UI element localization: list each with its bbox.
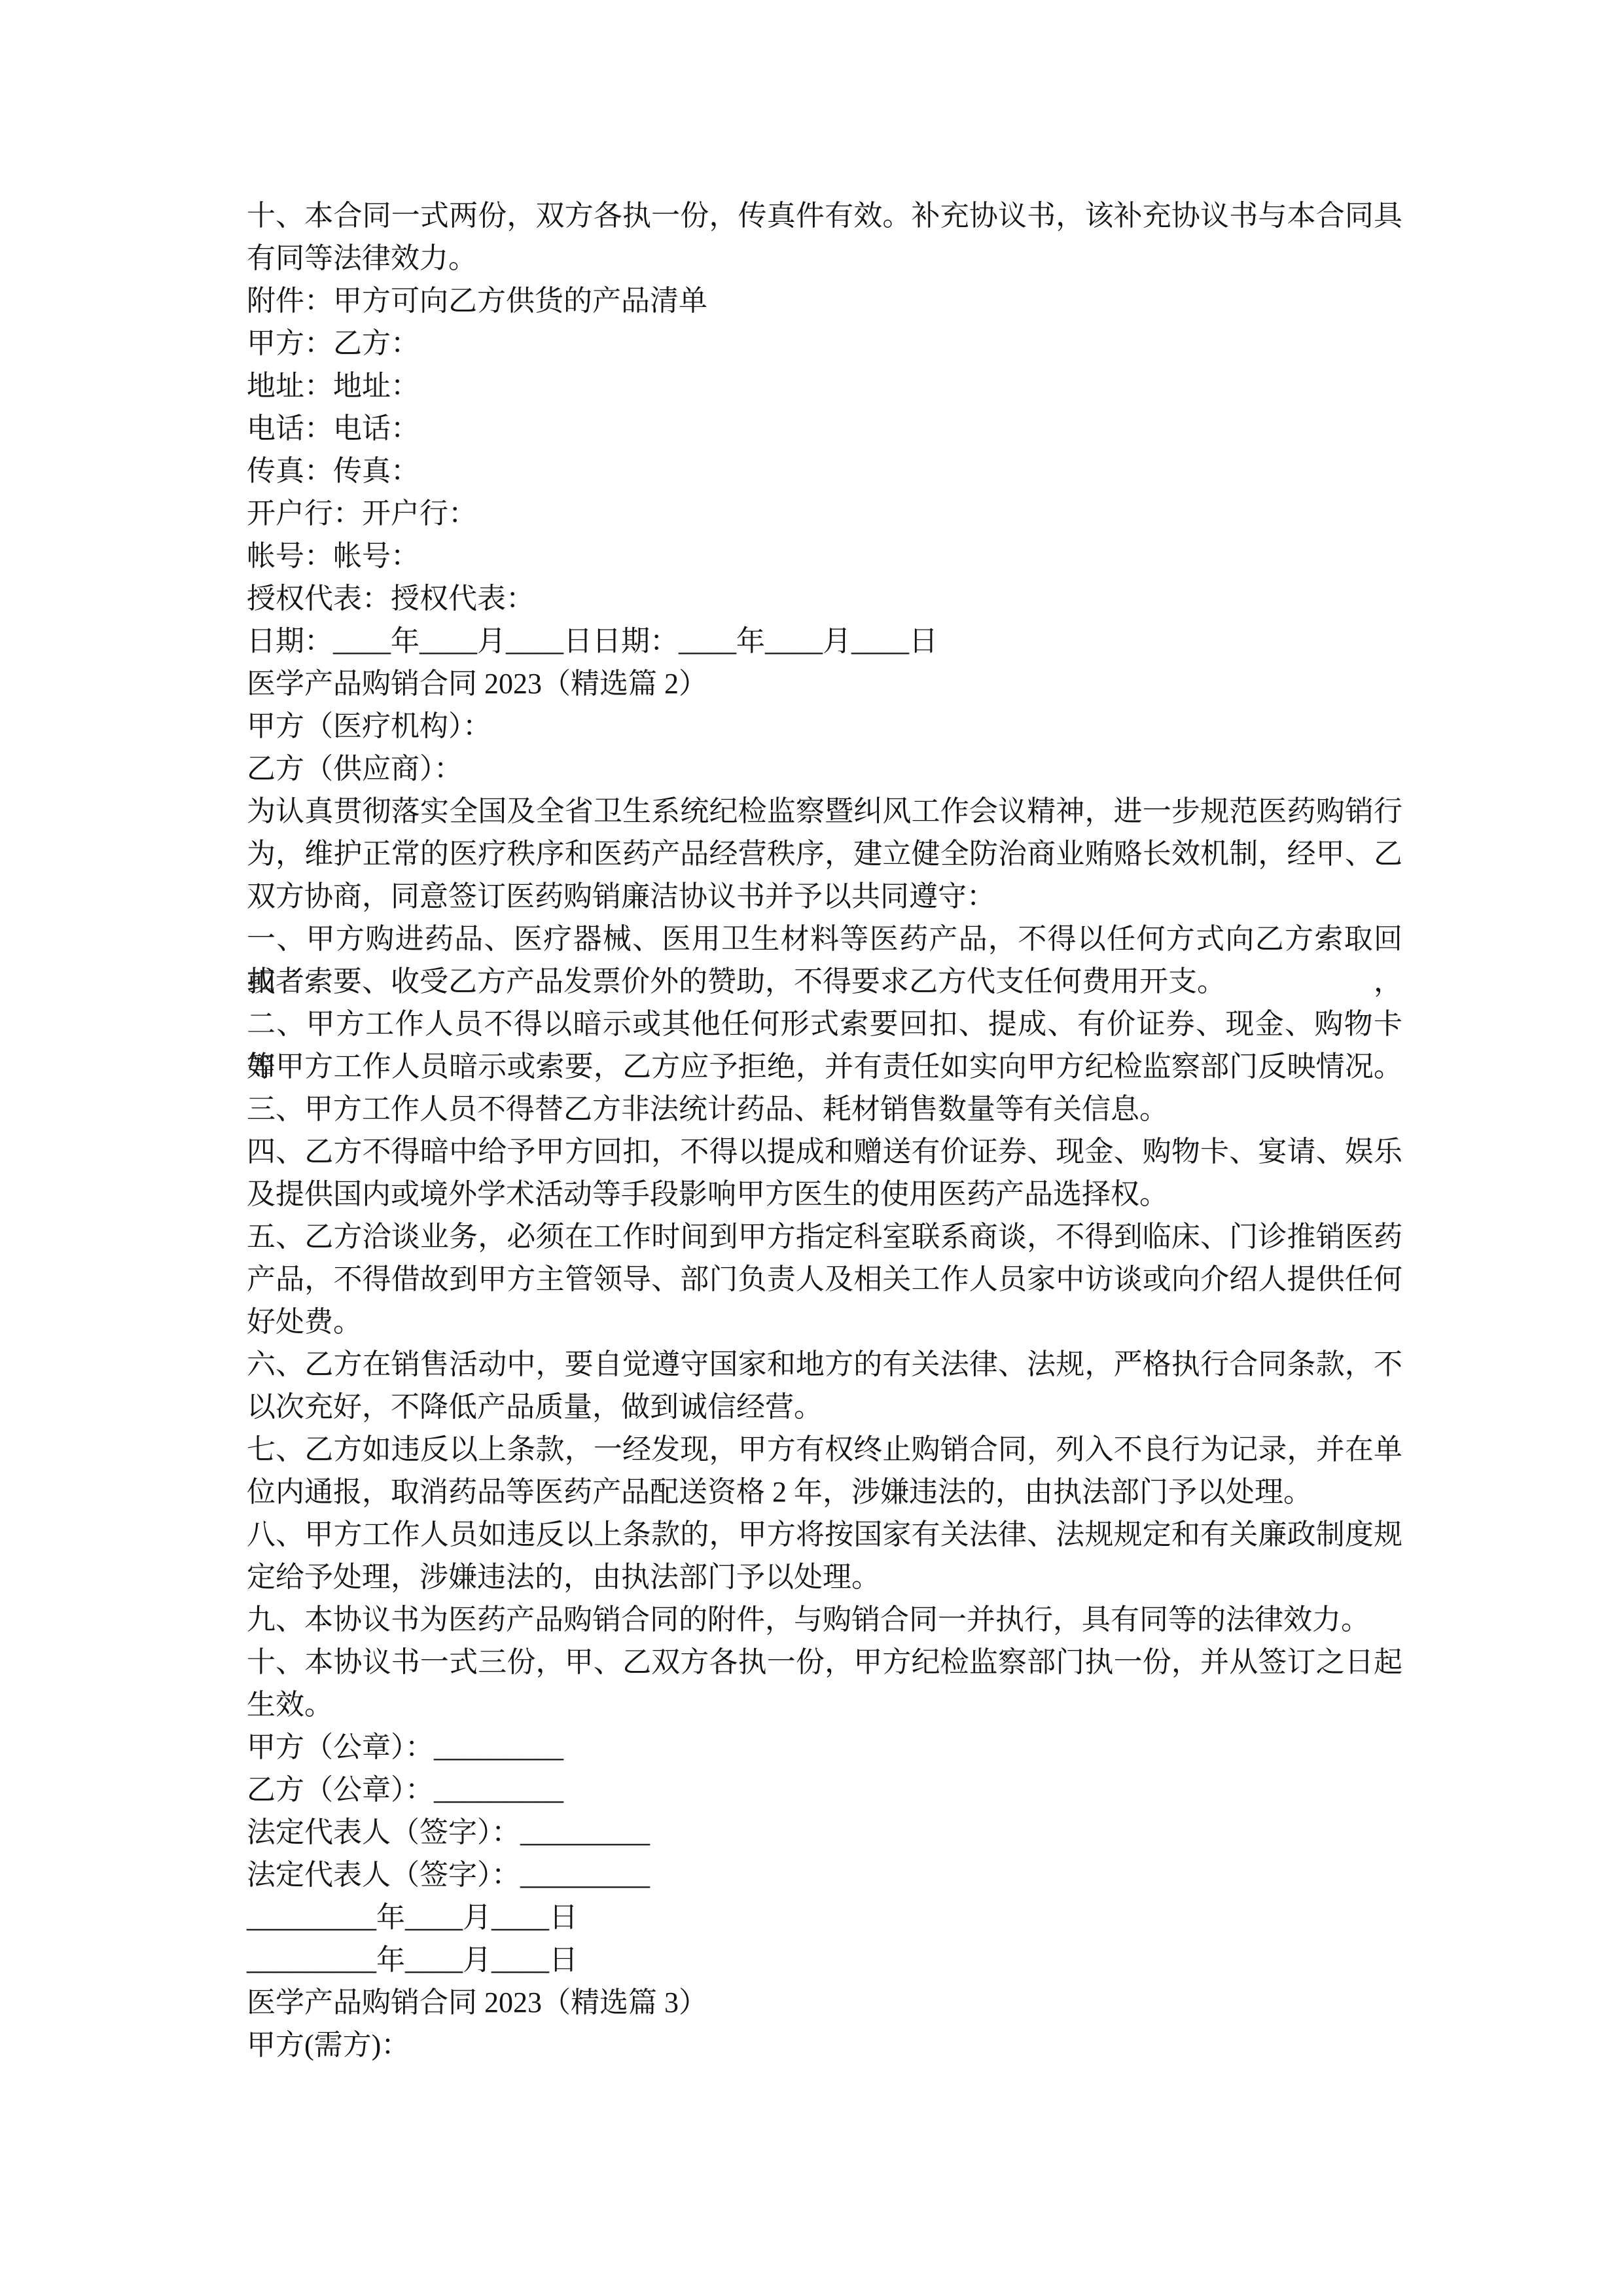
text-line: 二、甲方工作人员不得以暗示或其他任何形式索要回扣、提成、有价证券、现金、购物卡等… bbox=[247, 1003, 1402, 1045]
text-line: 日期：____年____月____日日期：____年____月____日 bbox=[247, 620, 1402, 662]
text-line: 甲方（医疗机构）： bbox=[247, 705, 1402, 747]
text-line: 如甲方工作人员暗示或索要，乙方应予拒绝，并有责任如实向甲方纪检监察部门反映情况。 bbox=[247, 1045, 1402, 1088]
text-line: 位内通报，取消药品等医药产品配送资格 2 年，涉嫌违法的，由执法部门予以处理。 bbox=[247, 1471, 1402, 1513]
text-line: 及提供国内或境外学术活动等手段影响甲方医生的使用医药产品选择权。 bbox=[247, 1173, 1402, 1215]
text-line: 四、乙方不得暗中给予甲方回扣，不得以提成和赠送有价证券、现金、购物卡、宴请、娱乐 bbox=[247, 1130, 1402, 1173]
document-page: 十、本合同一式两份，双方各执一份，传真件有效。补充协议书，该补充协议书与本合同具… bbox=[0, 0, 1623, 2296]
text-line: 以次充好，不降低产品质量，做到诚信经营。 bbox=[247, 1386, 1402, 1428]
text-line: 八、甲方工作人员如违反以上条款的，甲方将按国家有关法律、法规规定和有关廉政制度规 bbox=[247, 1513, 1402, 1556]
text-line: 定给予处理，涉嫌违法的，由执法部门予以处理。 bbox=[247, 1556, 1402, 1598]
text-line: 一、甲方购进药品、医疗器械、医用卫生材料等医药产品，不得以任何方式向乙方索取回扣… bbox=[247, 918, 1402, 960]
text-line: 七、乙方如违反以上条款，一经发现，甲方有权终止购销合同，列入不良行为记录，并在单 bbox=[247, 1428, 1402, 1471]
text-line: 甲方：乙方： bbox=[247, 322, 1402, 365]
text-line: 产品，不得借故到甲方主管领导、部门负责人及相关工作人员家中访谈或向介绍人提供任何 bbox=[247, 1258, 1402, 1300]
text-line: 十、本协议书一式三份，甲、乙双方各执一份，甲方纪检监察部门执一份，并从签订之日起 bbox=[247, 1641, 1402, 1683]
text-line: 开户行：开户行： bbox=[247, 492, 1402, 535]
text-line: 为认真贯彻落实全国及全省卫生系统纪检监察暨纠风工作会议精神，进一步规范医药购销行 bbox=[247, 790, 1402, 833]
text-line: 五、乙方洽谈业务，必须在工作时间到甲方指定科室联系商谈，不得到临床、门诊推销医药 bbox=[247, 1215, 1402, 1258]
text-line: 生效。 bbox=[247, 1683, 1402, 1726]
text-line: 九、本协议书为医药产品购销合同的附件，与购销合同一并执行，具有同等的法律效力。 bbox=[247, 1598, 1402, 1641]
document-body: 十、本合同一式两份，双方各执一份，传真件有效。补充协议书，该补充协议书与本合同具… bbox=[247, 194, 1402, 2066]
text-line: _________年____月____日 bbox=[247, 1896, 1402, 1939]
text-line: 六、乙方在销售活动中，要自觉遵守国家和地方的有关法律、法规，严格执行合同条款，不 bbox=[247, 1343, 1402, 1386]
text-line: 为，维护正常的医疗秩序和医药产品经营秩序，建立健全防治商业贿赂长效机制，经甲、乙 bbox=[247, 833, 1402, 875]
text-line: 法定代表人（签字）：_________ bbox=[247, 1811, 1402, 1854]
text-line: 电话：电话： bbox=[247, 407, 1402, 450]
text-line: 地址：地址： bbox=[247, 365, 1402, 407]
text-line: 有同等法律效力。 bbox=[247, 237, 1402, 279]
text-line: 乙方（公章）：_________ bbox=[247, 1768, 1402, 1811]
text-line: 传真：传真： bbox=[247, 450, 1402, 492]
text-line: 授权代表：授权代表： bbox=[247, 577, 1402, 620]
text-line: 甲方（公章）：_________ bbox=[247, 1726, 1402, 1768]
text-line: 乙方（供应商）： bbox=[247, 747, 1402, 790]
text-line: 医学产品购销合同 2023（精选篇 2） bbox=[247, 662, 1402, 705]
text-line: 甲方(需方)： bbox=[247, 2024, 1402, 2066]
text-line: 双方协商，同意签订医药购销廉洁协议书并予以共同遵守： bbox=[247, 875, 1402, 918]
text-line: 医学产品购销合同 2023（精选篇 3） bbox=[247, 1981, 1402, 2024]
text-line: 三、甲方工作人员不得替乙方非法统计药品、耗材销售数量等有关信息。 bbox=[247, 1088, 1402, 1130]
text-line: 十、本合同一式两份，双方各执一份，传真件有效。补充协议书，该补充协议书与本合同具 bbox=[247, 194, 1402, 237]
text-line: 法定代表人（签字）：_________ bbox=[247, 1854, 1402, 1896]
text-line: _________年____月____日 bbox=[247, 1939, 1402, 1981]
text-line: 帐号：帐号： bbox=[247, 535, 1402, 577]
text-line: 附件：甲方可向乙方供货的产品清单 bbox=[247, 279, 1402, 322]
text-line: 好处费。 bbox=[247, 1300, 1402, 1343]
